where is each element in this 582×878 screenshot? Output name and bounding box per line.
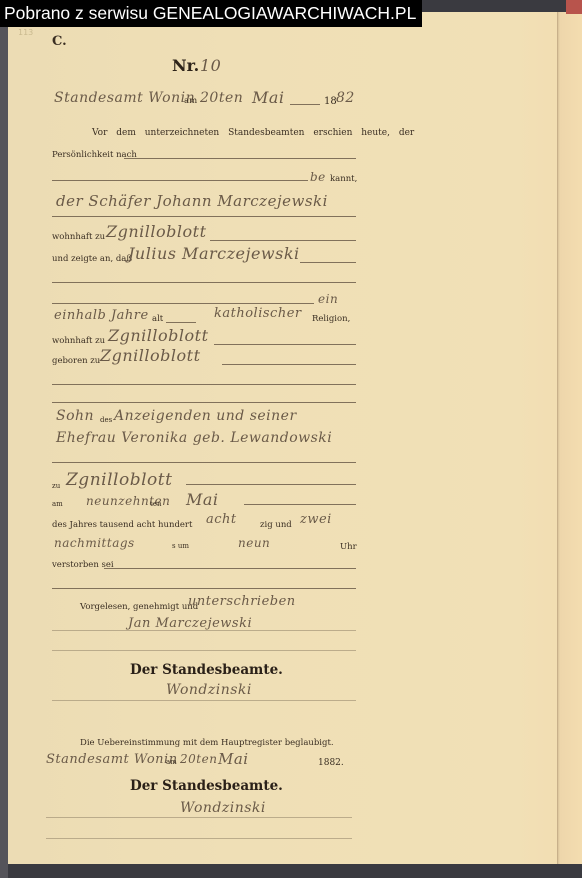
record-number-label: Nr. bbox=[172, 56, 199, 75]
certification-place: Standesamt Wonin bbox=[46, 752, 178, 767]
intro-text: Vor dem unterzeichneten Standesbeamten e… bbox=[92, 128, 414, 138]
read-approved-handwritten: unterschrieben bbox=[188, 594, 296, 609]
certification-day: 20ten bbox=[180, 752, 217, 766]
declarant-name: der Schäfer Johann Marczejewski bbox=[56, 192, 328, 210]
death-hour: neun bbox=[238, 536, 270, 550]
parents-sohn: Sohn bbox=[56, 408, 94, 424]
header-year-suffix: 82 bbox=[336, 90, 355, 106]
declarant-residence: Zgnilloblott bbox=[106, 222, 207, 241]
corner-page-mark: 113 bbox=[18, 28, 33, 37]
declarant-signature: Jan Marczejewski bbox=[128, 616, 252, 631]
ten-label: ten bbox=[150, 500, 161, 508]
year-tens: acht bbox=[206, 512, 237, 527]
red-corner-tab bbox=[566, 0, 582, 14]
religion-label: Religion, bbox=[312, 314, 350, 324]
record-number-value: 10 bbox=[200, 56, 221, 75]
deceased-residence: Zgnilloblott bbox=[108, 326, 209, 345]
death-day-label: am bbox=[52, 500, 63, 508]
certification-text: Die Uebereinstimmung mit dem Hauptregist… bbox=[80, 738, 334, 748]
year-units: zwei bbox=[300, 512, 332, 527]
header-place: Standesamt Wonin bbox=[54, 90, 195, 106]
read-approved-label: Vorgelesen, genehmigt und bbox=[80, 602, 198, 612]
birthplace-label: geboren zu bbox=[52, 356, 100, 366]
mother-name: Ehefrau Veronika geb. Lewandowski bbox=[56, 430, 332, 446]
deceased-religion: katholischer bbox=[214, 306, 302, 321]
registrar-title: Der Standesbeamte. bbox=[130, 662, 283, 678]
deceased-name: Julius Marczejewski bbox=[128, 244, 300, 263]
bekannt-printed: kannt, bbox=[330, 174, 357, 184]
uhr-label: Uhr bbox=[340, 542, 357, 552]
certification-registrar-signature: Wondzinski bbox=[180, 800, 266, 816]
declarant-residence-label: wohnhaft zu bbox=[52, 232, 105, 242]
watermark-banner: Pobrano z serwisu GENEALOGIAWARCHIWACH.P… bbox=[0, 0, 422, 27]
birthplace: Zgnilloblott bbox=[100, 346, 201, 365]
header-year-prefix: 18 bbox=[324, 96, 337, 107]
parents-line1: Anzeigenden und seiner bbox=[114, 408, 297, 424]
registrar-signature: Wondzinski bbox=[166, 682, 252, 698]
age-tail: ein bbox=[318, 292, 338, 306]
scan-frame-left bbox=[0, 0, 8, 878]
bekannt-handwritten: be bbox=[310, 170, 326, 184]
certification-month: Mai bbox=[218, 750, 249, 768]
header-month: Mai bbox=[252, 88, 285, 107]
header-am-label: am bbox=[184, 96, 197, 106]
deceased-age: einhalb Jahre bbox=[54, 308, 149, 323]
certification-year: 1882. bbox=[318, 758, 344, 768]
um-label: s um bbox=[172, 542, 189, 550]
year-label: des Jahres tausend acht hundert bbox=[52, 520, 192, 530]
certification-am-label: am bbox=[166, 758, 177, 766]
alt-label: alt bbox=[152, 314, 163, 324]
death-month: Mai bbox=[186, 490, 219, 509]
parents-des: des bbox=[100, 416, 112, 424]
zig-und-label: zig und bbox=[260, 520, 292, 530]
certification-registrar-title: Der Standesbeamte. bbox=[130, 778, 283, 794]
death-place-label: zu bbox=[52, 482, 60, 490]
series-letter: C. bbox=[52, 34, 67, 49]
time-of-day: nachmittags bbox=[54, 536, 135, 550]
zeigte-label: und zeigte an, daß bbox=[52, 254, 132, 264]
page-edge-fold bbox=[557, 12, 582, 864]
deceased-residence-label: wohnhaft zu bbox=[52, 336, 105, 346]
header-day: 20ten bbox=[200, 90, 243, 106]
death-place: Zgnilloblott bbox=[66, 470, 172, 490]
